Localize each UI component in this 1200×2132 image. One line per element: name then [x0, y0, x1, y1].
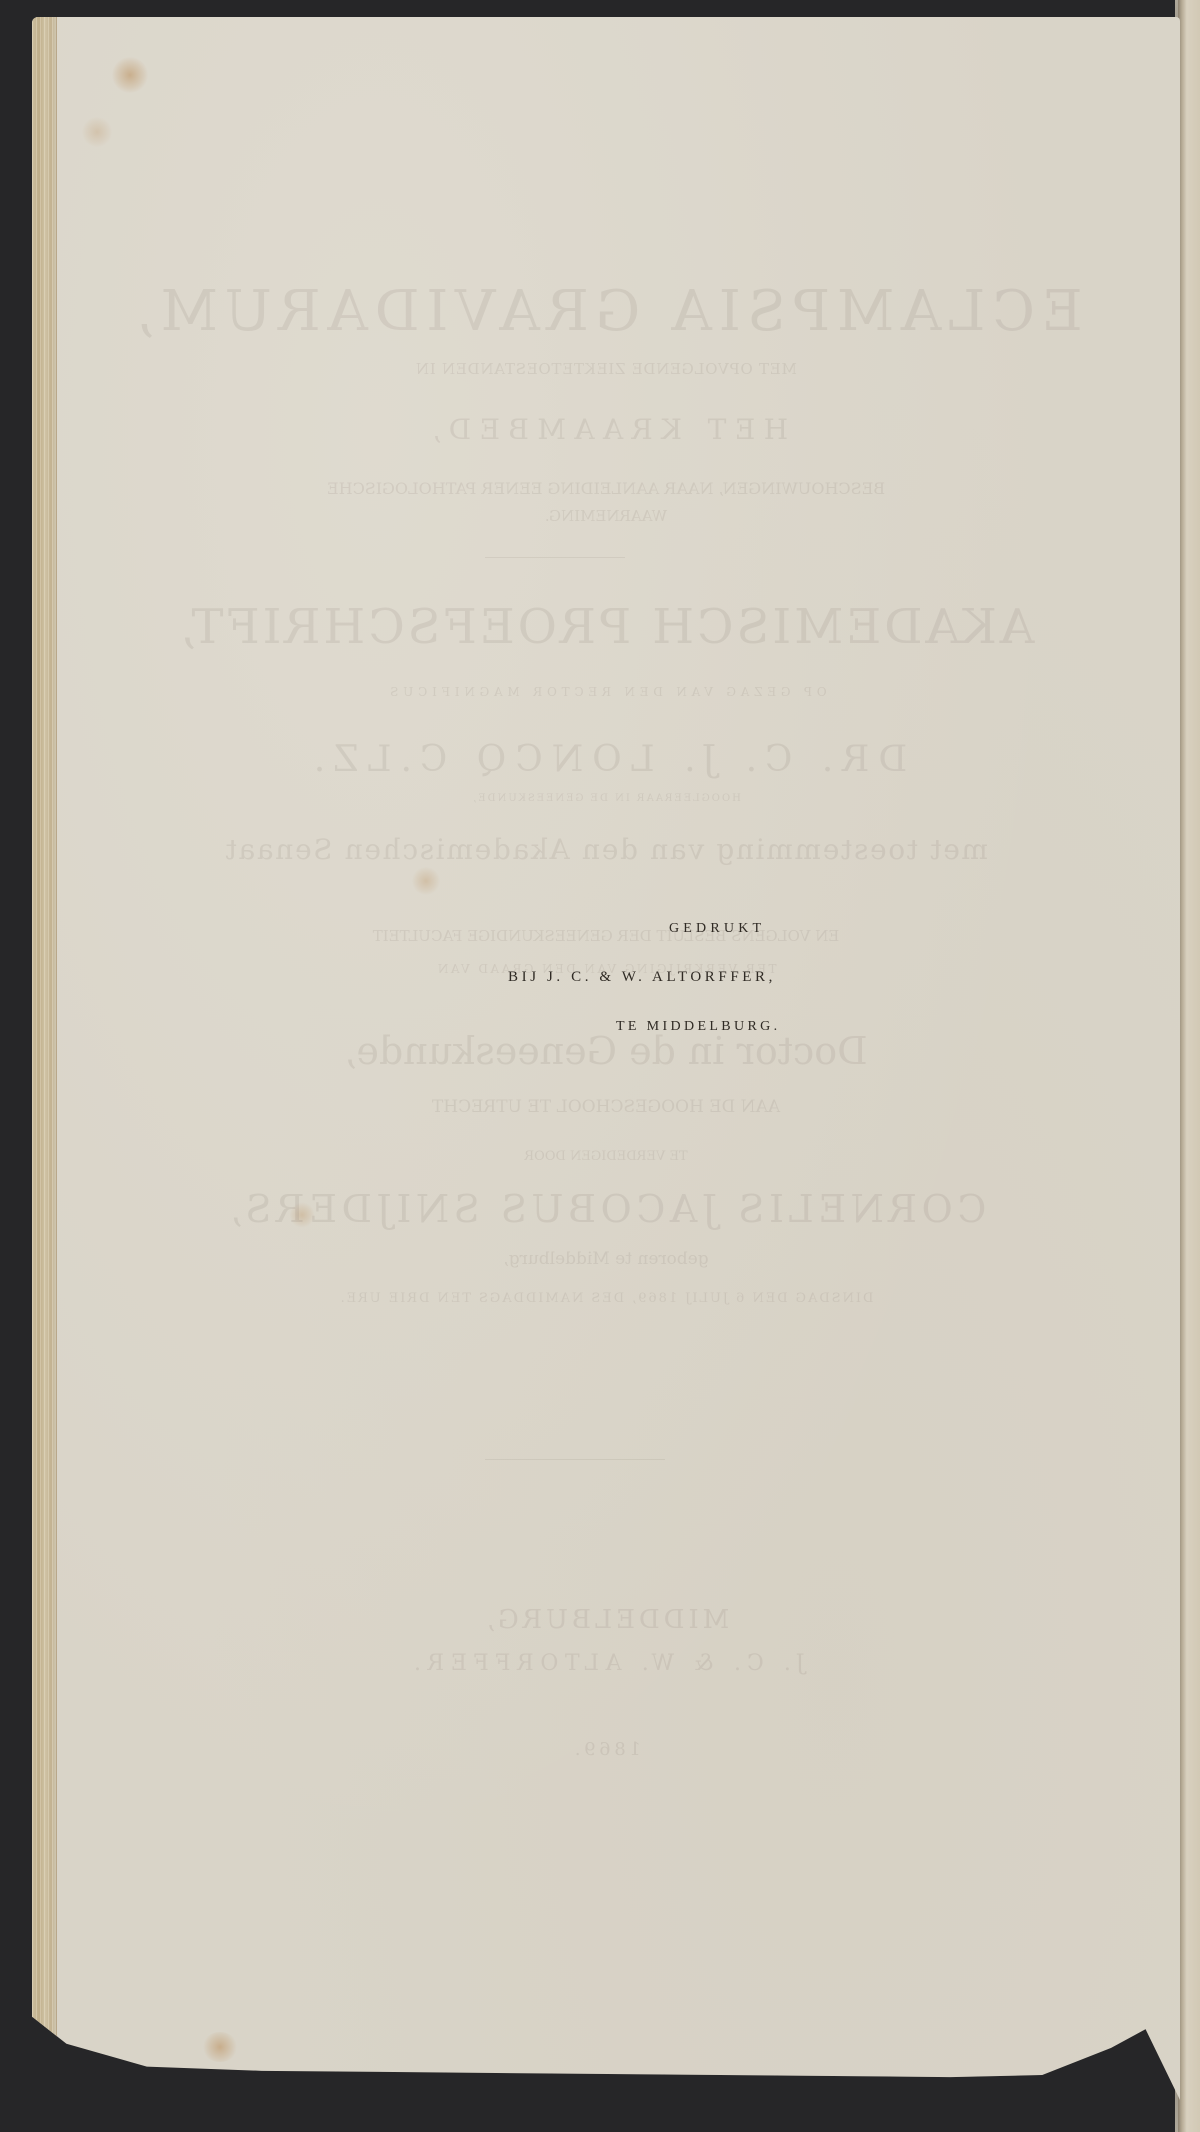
- show-through-line: ECLAMPSIA GRAVIDARUM,: [32, 279, 1180, 344]
- foxing-spot: [290, 1202, 314, 1228]
- imprint-location: TE MIDDELBURG.: [616, 1019, 780, 1035]
- book-page: ECLAMPSIA GRAVIDARUM, MET OPVOLGENDE ZIE…: [32, 17, 1180, 2100]
- show-through-line: AAN DE HOOGESCHOOL TE UTRECHT: [32, 1097, 1180, 1117]
- adjacent-leaf-edge: [1178, 0, 1200, 2132]
- show-through-line: WAARNEMING.: [32, 507, 1180, 525]
- show-through-line: AKADEMISCH PROEFSCHRIFT,: [32, 599, 1180, 655]
- show-through-line: 1869.: [32, 1739, 1180, 1760]
- show-through-text: ECLAMPSIA GRAVIDARUM, MET OPVOLGENDE ZIE…: [32, 17, 1180, 2100]
- imprint-printer-name: BIJ J. C. & W. ALTORFFER,: [508, 969, 776, 986]
- show-through-line: BESCHOUWINGEN, NAAR AANLEIDING EENER PAT…: [32, 479, 1180, 498]
- show-through-line: Doctor in de Geneeskunde,: [32, 1029, 1180, 1073]
- foxing-spot: [412, 867, 440, 895]
- scanned-page: ECLAMPSIA GRAVIDARUM, MET OPVOLGENDE ZIE…: [0, 0, 1200, 2132]
- show-through-line: TE VERDEDIGEN DOOR: [32, 1149, 1180, 1164]
- show-through-line: HOOGLEERAAR IN DE GENEESKUNDE,: [32, 793, 1180, 804]
- imprint-printed-label: GEDRUKT: [669, 921, 765, 937]
- show-through-line: DR. C. J. LONCQ C.LZ.: [32, 739, 1180, 780]
- page-edge-stack: [32, 17, 57, 2100]
- foxing-spot: [297, 2099, 323, 2100]
- foxing-spot: [82, 117, 112, 147]
- foxing-spot: [112, 57, 148, 93]
- show-through-line: DINSDAG DEN 6 JULIJ 1869, DES NAMIDDAGS …: [32, 1291, 1180, 1306]
- show-through-rule: [485, 1459, 665, 1460]
- show-through-line: EN VOLGENS BESLUIT DER GENEESKUNDIGE FAC…: [32, 927, 1180, 945]
- foxing-spot: [202, 2032, 238, 2062]
- show-through-line: met toestemming van den Akademischen Sen…: [32, 833, 1180, 866]
- show-through-line: OP GEZAG VAN DEN RECTOR MAGNIFICUS: [32, 685, 1180, 699]
- show-through-line: CORNELIS JACOBUS SNIJDERS,: [32, 1187, 1180, 1231]
- show-through-line: J. C. & W. ALTORFFER.: [32, 1651, 1180, 1676]
- show-through-line: geboren te Middelburg,: [32, 1249, 1180, 1269]
- show-through-line: MIDDELBURG,: [32, 1605, 1180, 1635]
- show-through-line: MET OPVOLGENDE ZIEKTETOESTANDEN IN: [32, 360, 1180, 378]
- show-through-line: HET KRAAMBED,: [32, 413, 1180, 446]
- show-through-rule: [485, 557, 625, 558]
